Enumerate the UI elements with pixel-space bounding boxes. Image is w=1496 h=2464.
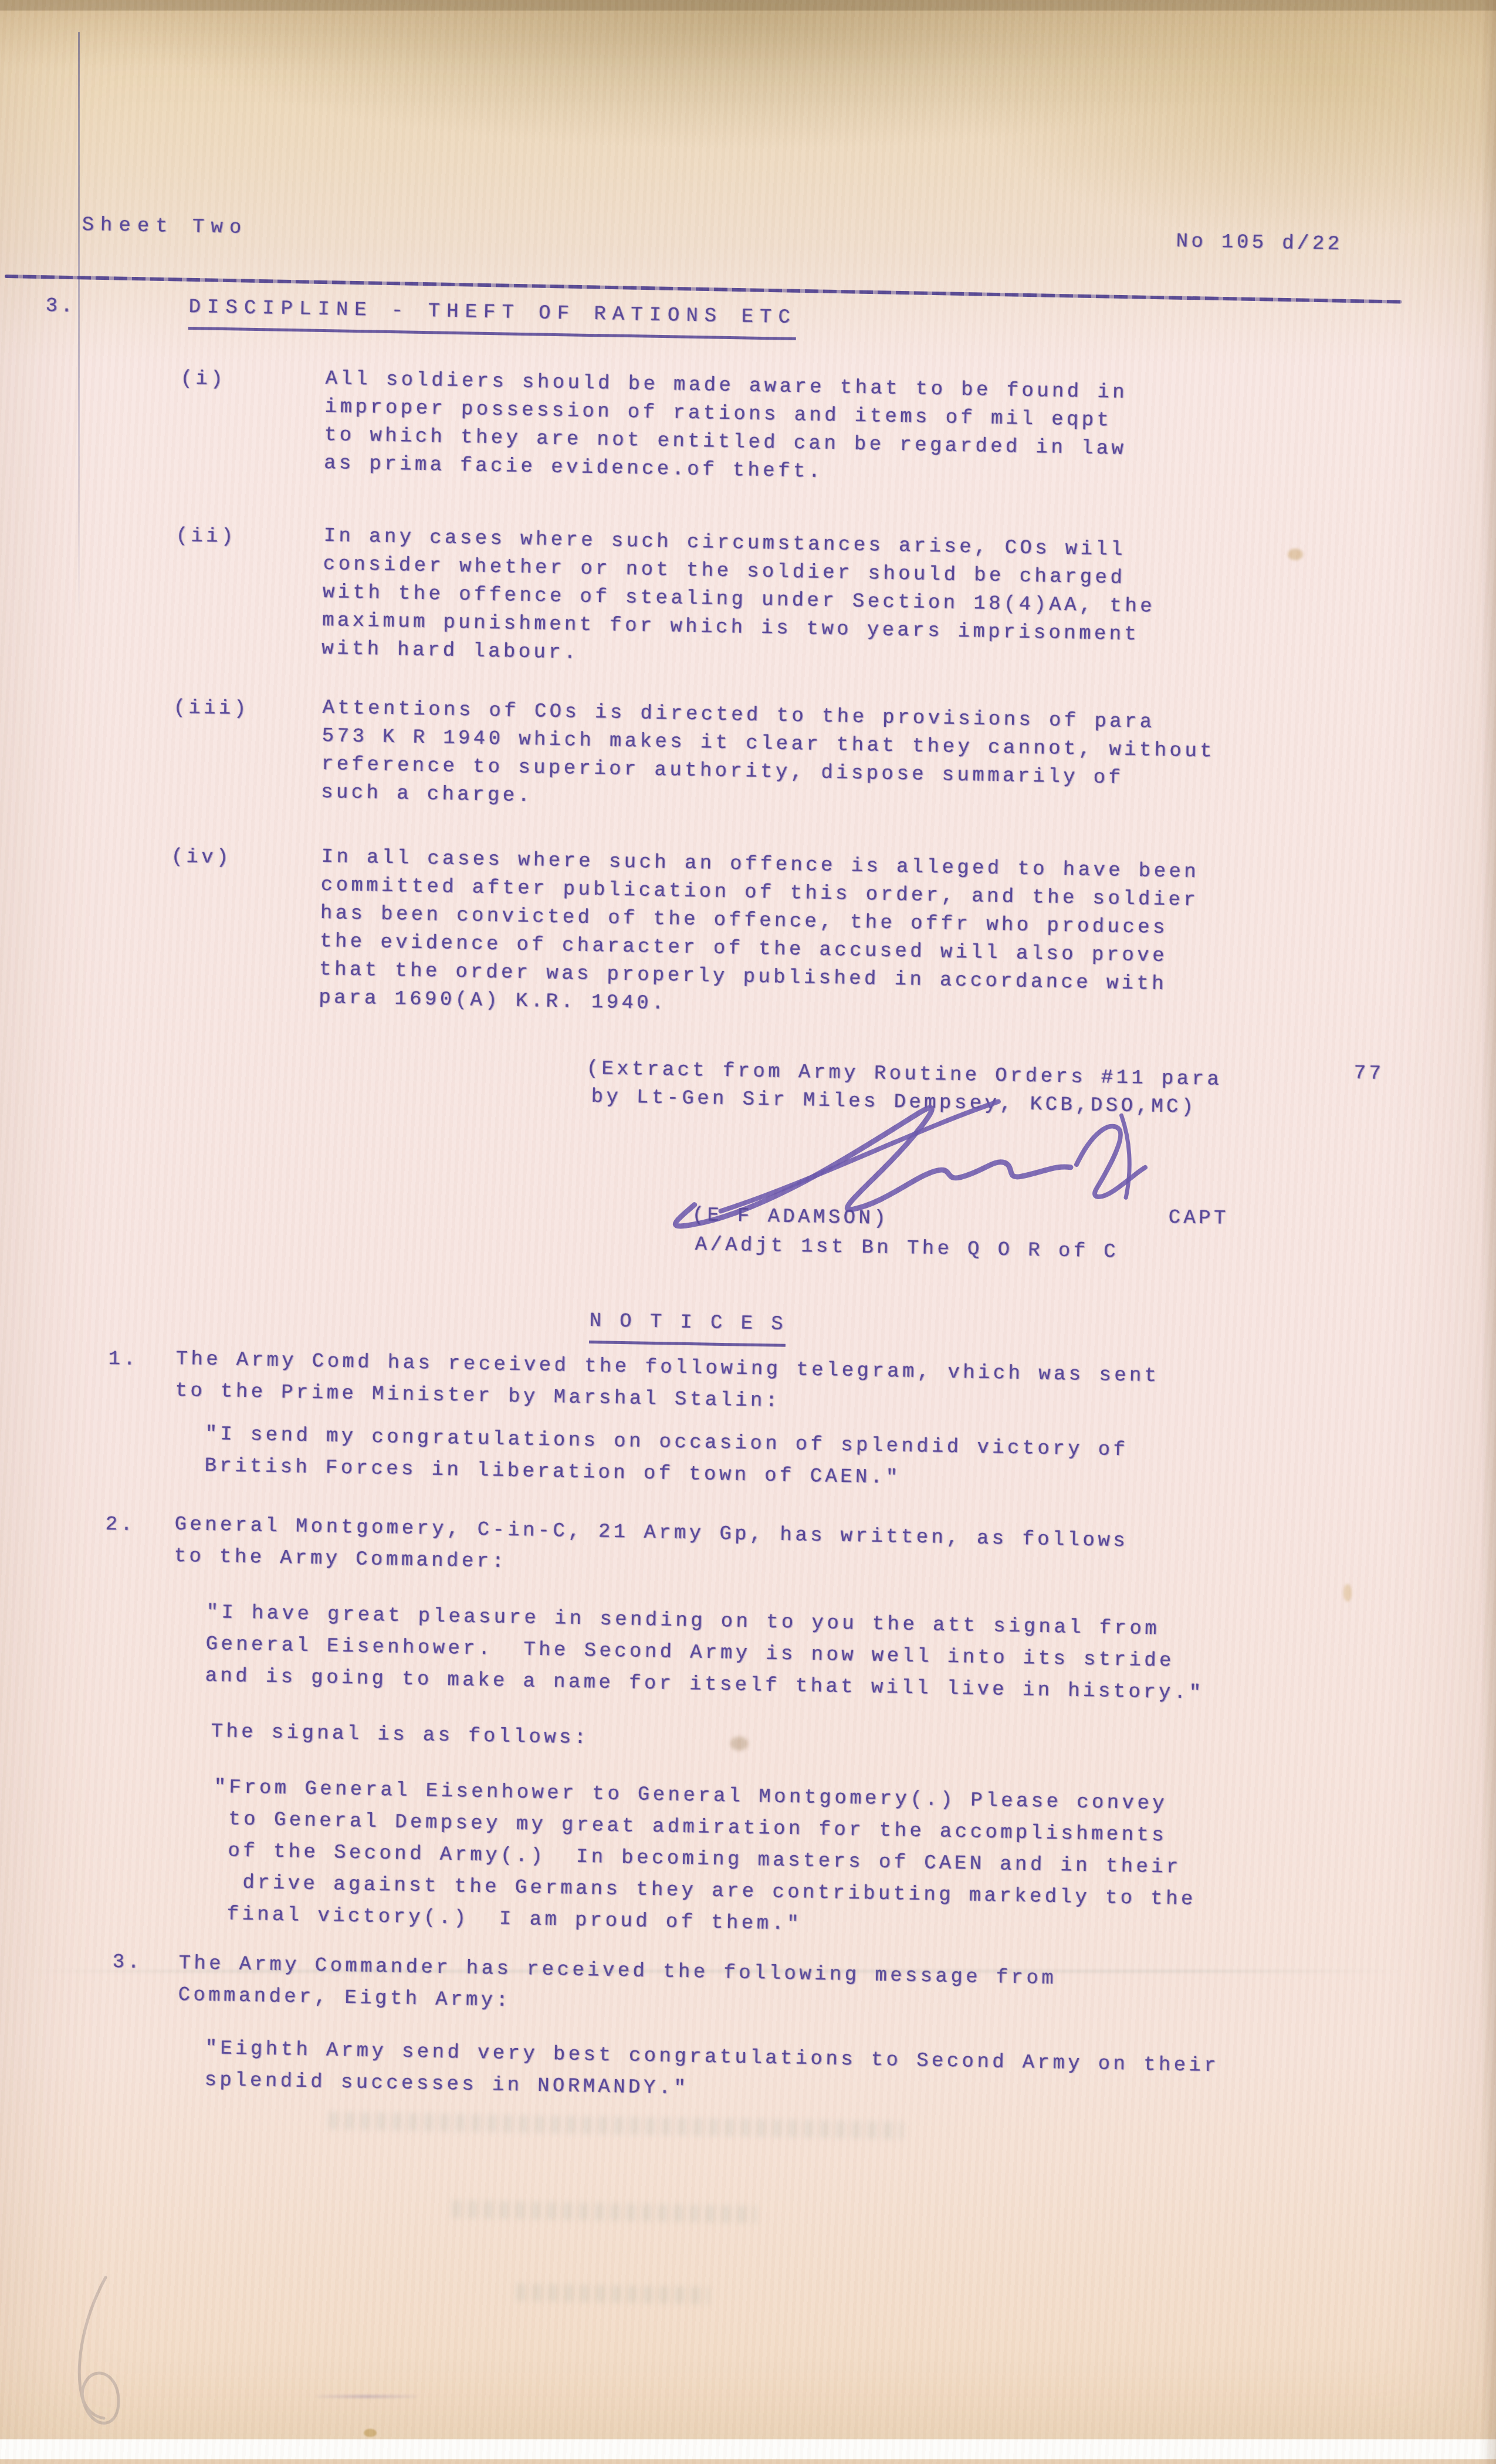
- paper-stain: [1288, 549, 1303, 560]
- notice2-signal-intro: The signal is as follows:: [211, 1716, 590, 1754]
- scan-top-edge: [0, 0, 1496, 11]
- signatory-name: (E F ADAMSON): [692, 1201, 889, 1233]
- item-marker-ii: (ii): [175, 522, 236, 551]
- paper-stain: [364, 2429, 377, 2437]
- notice2-number: 2.: [105, 1509, 136, 1541]
- sheet-label: Sheet Two: [82, 211, 248, 242]
- ref-number: No 105 d/22: [1176, 228, 1343, 259]
- document-page: Sheet Two No 105 d/22 3. DISCIPLINE - TH…: [0, 0, 1496, 2464]
- notice2-signal-quote: "From General Eisenhower to General Mont…: [211, 1772, 1198, 1947]
- notice3-number: 3.: [112, 1947, 143, 1979]
- paper-stain: [730, 1737, 748, 1751]
- scan-bottom-strip: [0, 2439, 1496, 2459]
- extract-page-number: 77: [1353, 1060, 1384, 1088]
- item-text-iv: In all cases where such an offence is al…: [319, 843, 1199, 1027]
- bleedthrough-text-3: [516, 2283, 710, 2304]
- signatory-rank: CAPT: [1168, 1204, 1229, 1233]
- pencil-scribble: [62, 2270, 161, 2441]
- notices-heading: N O T I C E S: [589, 1307, 786, 1347]
- section3-number: 3.: [45, 292, 76, 321]
- bleedthrough-rule: [23, 1970, 1408, 1972]
- item-text-iii: Attentions of COs is directed to the pro…: [321, 694, 1216, 823]
- scan-right-edge: [1481, 0, 1496, 2464]
- item-marker-iv: (iv): [171, 843, 232, 872]
- notice3-text: The Army Commander has received the foll…: [178, 1948, 1057, 2026]
- fold-crease: [78, 32, 80, 625]
- notice2-text: General Montgomery, C-in-C, 21 Army Gp, …: [174, 1509, 1128, 1589]
- bleedthrough-dash: [317, 2395, 417, 2398]
- section3-heading: DISCIPLINE - THEFT OF RATIONS ETC: [188, 293, 797, 340]
- item-marker-i: (i): [180, 365, 226, 394]
- item-marker-iii: (iii): [173, 694, 249, 723]
- bleedthrough-text-1: [329, 2111, 903, 2139]
- notice1-number: 1.: [108, 1343, 139, 1376]
- notice1-text: The Army Comd has received the following…: [175, 1343, 1160, 1424]
- notice3-quote: "Eighth Army send very best congratulati…: [204, 2033, 1219, 2114]
- item-text-ii: In any cases where such circumstances ar…: [321, 522, 1156, 678]
- notice2-quote: "I have great pleasure in sending on to …: [205, 1597, 1206, 1710]
- notice1-quote: "I send my congratulations on occasion o…: [204, 1419, 1129, 1498]
- bleedthrough-text-2: [452, 2200, 757, 2223]
- paper-stain: [1343, 1584, 1352, 1602]
- item-text-i: All soldiers should be made aware that t…: [324, 365, 1128, 492]
